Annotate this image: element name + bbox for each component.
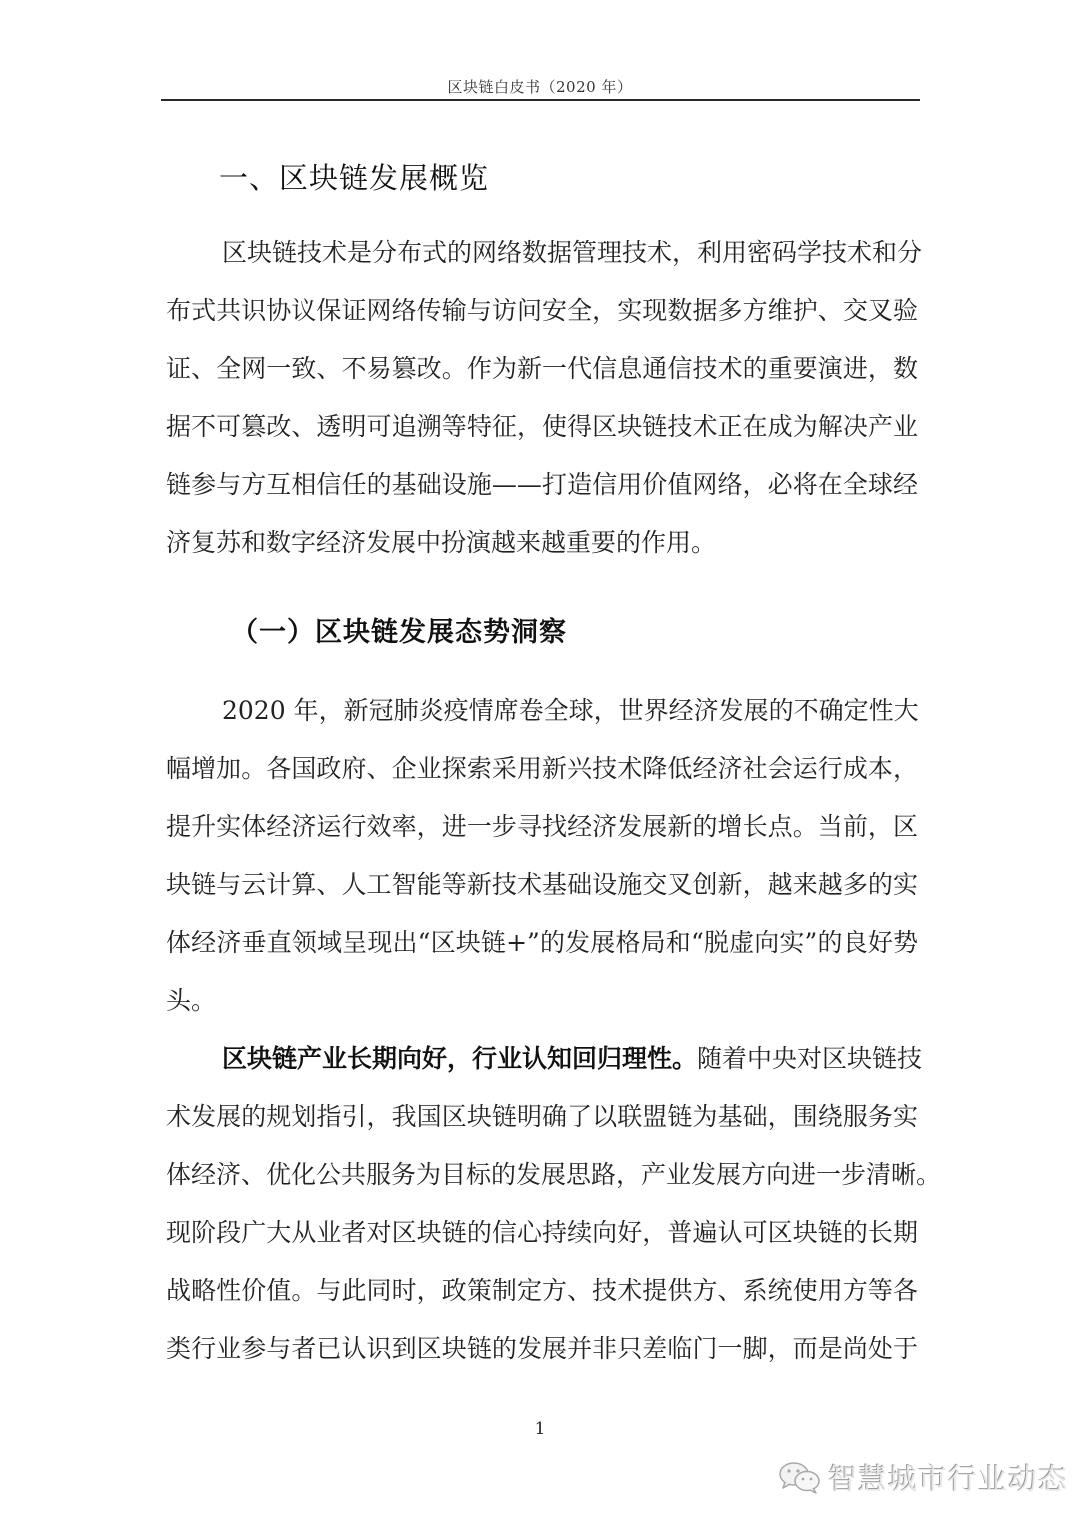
- paragraph-line: 提升实体经济运行效率，进一步寻找经济发展新的增长点。当前，区: [166, 811, 918, 843]
- watermark: 智慧城市行业动态: [778, 1457, 1068, 1498]
- paragraph-line: 区块链技术是分布式的网络数据管理技术，利用密码学技术和分: [222, 237, 918, 269]
- paragraph-line: 链参与方互相信任的基础设施——打造信用价值网络，必将在全球经: [166, 469, 918, 501]
- page-number: 1: [0, 1419, 1080, 1439]
- paragraph-line: 区块链产业长期向好，行业认知回归理性。随着中央对区块链技: [222, 1043, 918, 1075]
- subsection-heading: （一）区块链发展态势洞察: [231, 610, 567, 649]
- paragraph-line: 2020 年，新冠肺炎疫情席卷全球，世界经济发展的不确定性大: [222, 695, 918, 727]
- paragraph-line: 术发展的规划指引，我国区块链明确了以联盟链为基础，围绕服务实: [166, 1101, 918, 1133]
- paragraph-line: 类行业参与者已认识到区块链的发展并非只差临门一脚，而是尚处于: [166, 1333, 918, 1365]
- header-rule: [161, 99, 920, 101]
- paragraph-line: 济复苏和数字经济发展中扮演越来越重要的作用。: [166, 527, 918, 559]
- paragraph-line: 现阶段广大从业者对区块链的信心持续向好，普遍认可区块链的长期: [166, 1217, 918, 1249]
- paragraph-lead-bold: 区块链产业长期向好，行业认知回归理性。: [222, 1044, 697, 1073]
- paragraph-line: 证、全网一致、不易篡改。作为新一代信息通信技术的重要演进，数: [166, 353, 918, 385]
- paragraph-line: 体经济、优化公共服务为目标的发展思路，产业发展方向进一步清晰。: [166, 1159, 918, 1191]
- paragraph-line: 头。: [166, 985, 918, 1017]
- paragraph-line: 布式共识协议保证网络传输与访问安全，实现数据多方维护、交叉验: [166, 295, 918, 327]
- paragraph-line: 块链与云计算、人工智能等新技术基础设施交叉创新，越来越多的实: [166, 869, 918, 901]
- paragraph-lead-rest: 随着中央对区块链技: [697, 1044, 922, 1073]
- paragraph-line: 战略性价值。与此同时，政策制定方、技术提供方、系统使用方等各: [166, 1275, 918, 1307]
- paragraph-line: 据不可篡改、透明可追溯等特征，使得区块链技术正在成为解决产业: [166, 411, 918, 443]
- paragraph-line: 体经济垂直领域呈现出“区块链+”的发展格局和“脱虚向实”的良好势: [166, 927, 918, 959]
- section-heading: 一、区块链发展概览: [219, 156, 489, 197]
- watermark-text: 智慧城市行业动态: [828, 1457, 1068, 1498]
- running-header: 区块链白皮书（2020 年）: [0, 76, 1080, 97]
- wechat-icon: [778, 1460, 822, 1496]
- paragraph-line: 幅增加。各国政府、企业探索采用新兴技术降低经济社会运行成本，: [166, 753, 918, 785]
